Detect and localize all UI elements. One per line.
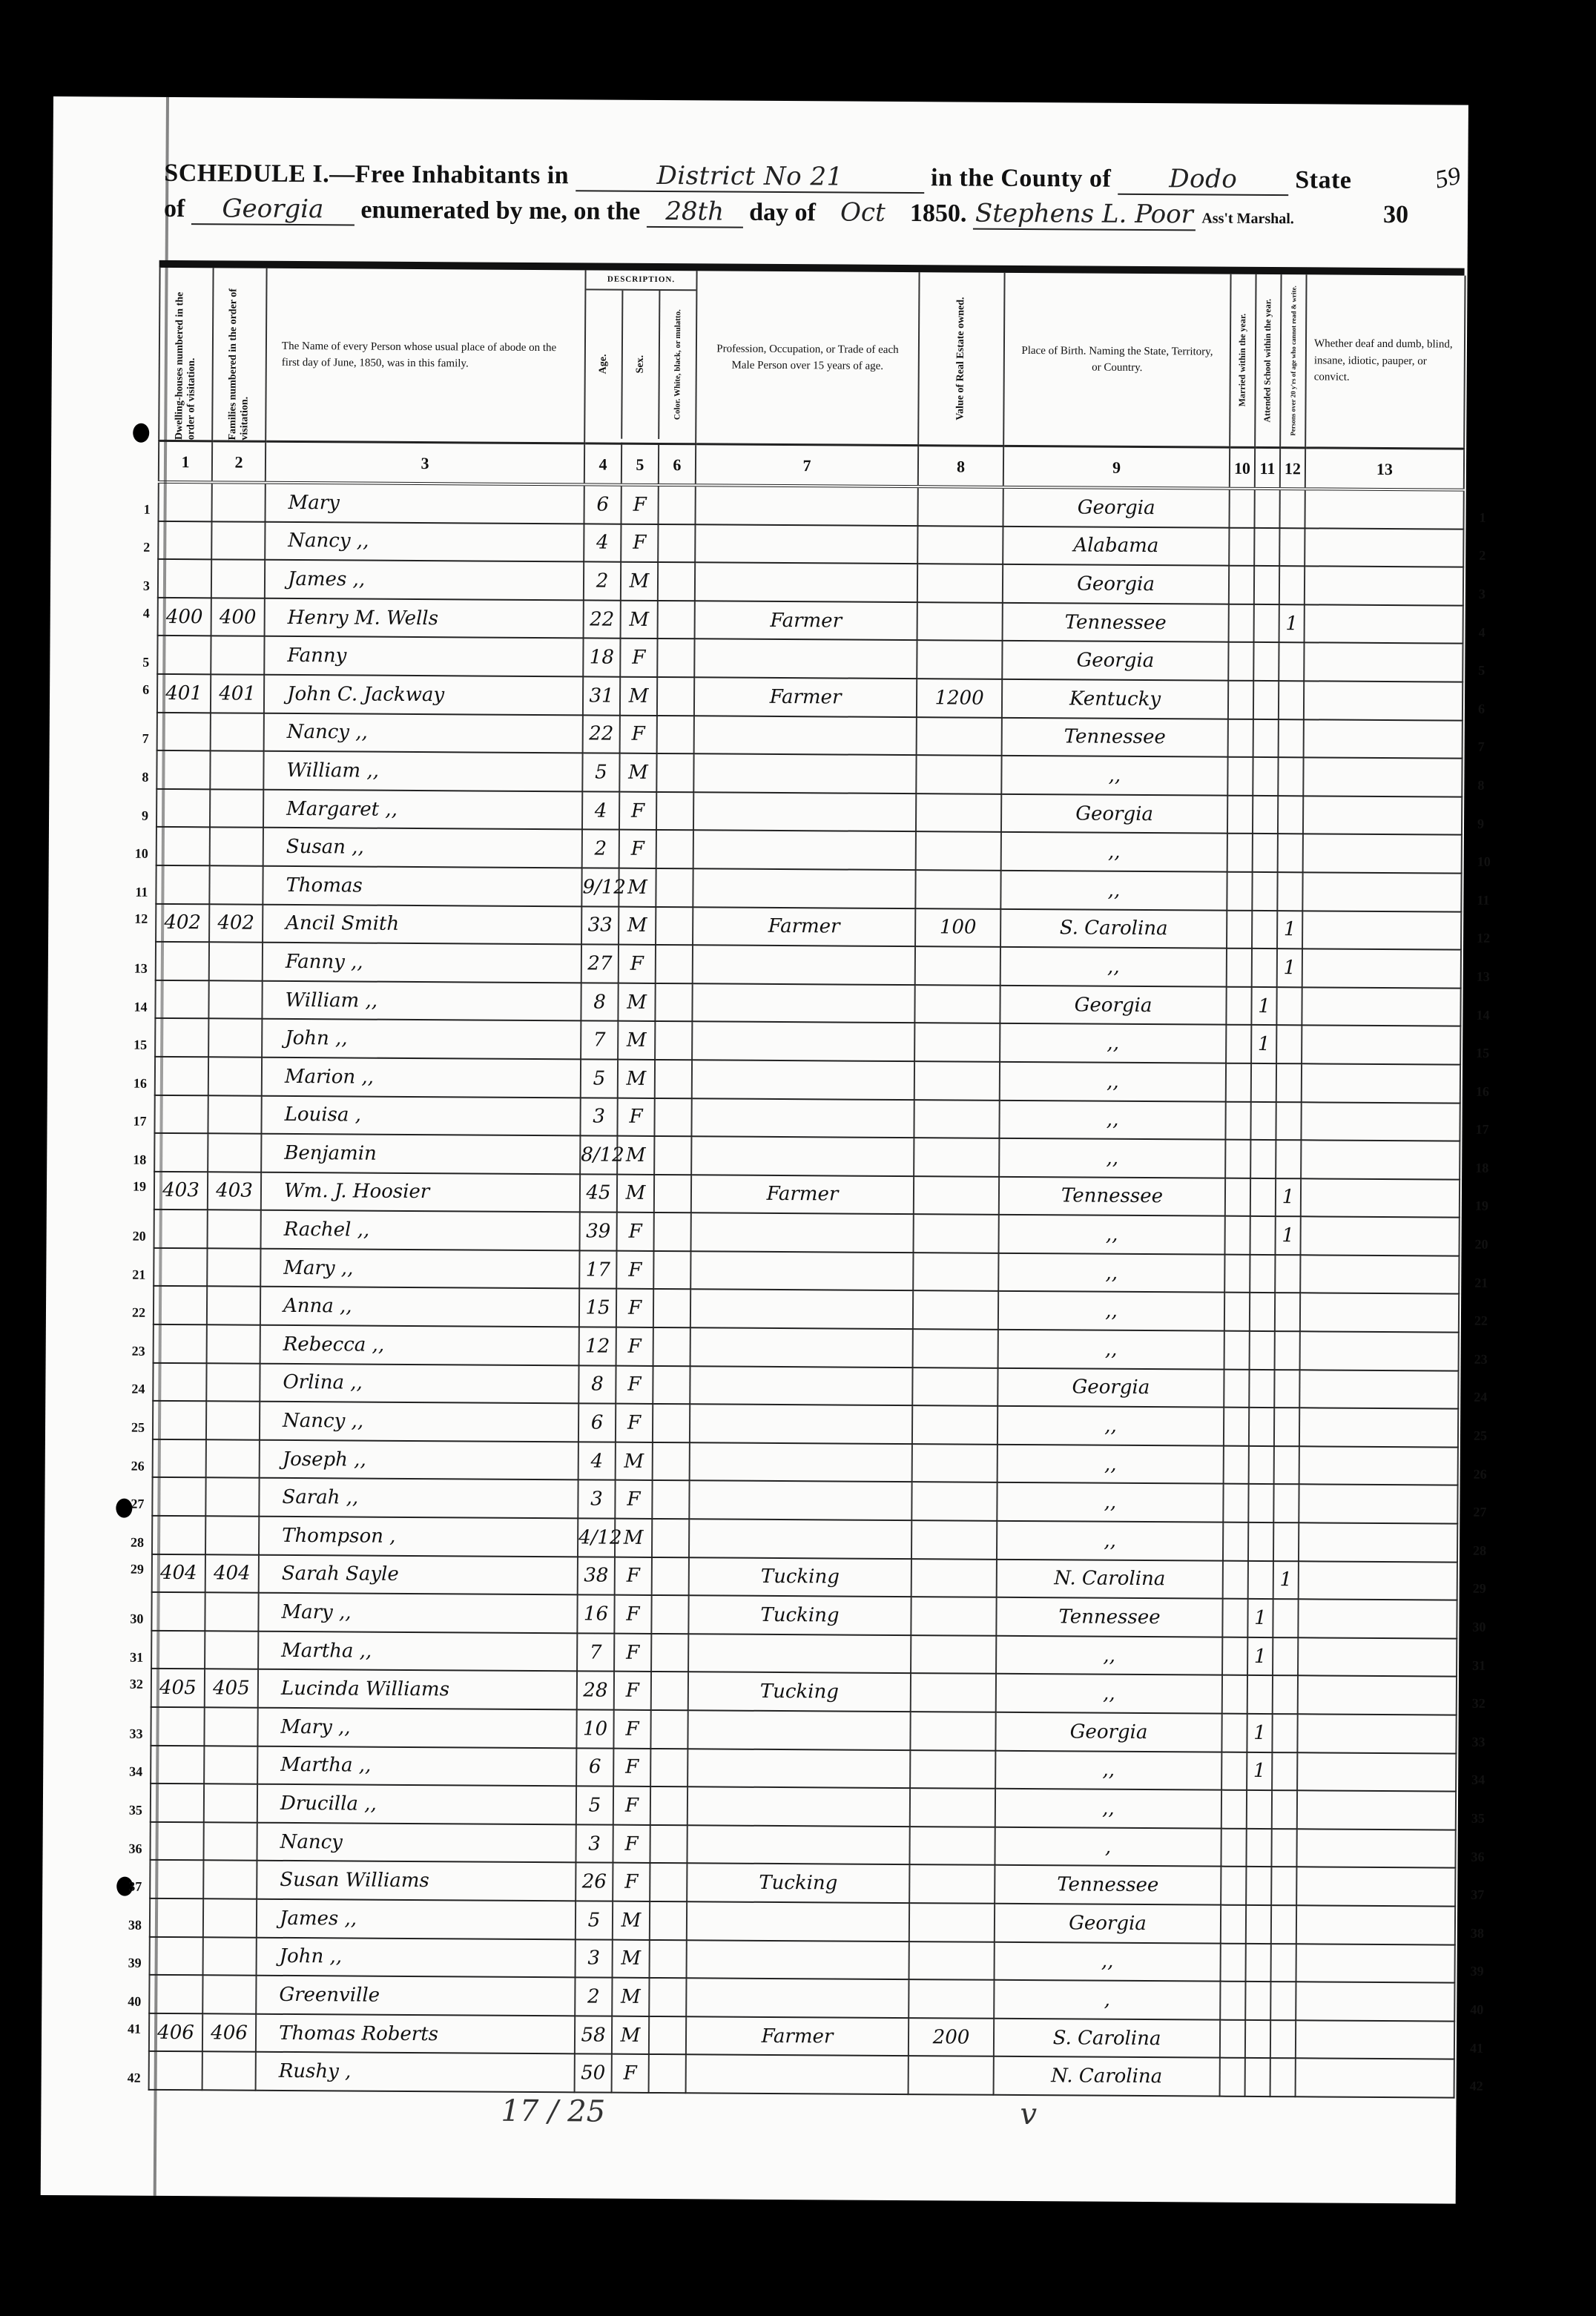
occupation [690, 1327, 913, 1367]
age: 5 [576, 1901, 613, 1939]
age: 27 [581, 944, 619, 983]
married-within-year [1224, 1369, 1249, 1408]
occupation [687, 1940, 909, 1979]
sex: F [613, 1787, 650, 1825]
real-estate-value [917, 602, 1003, 641]
dwelling-number: 35 [151, 1784, 204, 1822]
family-number [203, 1861, 257, 1899]
col-header-illiterate: Persons over 20 y'rs of age who cannot r… [1280, 274, 1306, 448]
line-number-right: 21 [1474, 1275, 1504, 1290]
age: 2 [582, 830, 619, 868]
birthplace: N. Carolina [994, 2056, 1220, 2096]
dwelling-number: 26 [153, 1439, 206, 1478]
person-name: Mary ,, [258, 1593, 577, 1633]
age: 5 [582, 753, 619, 792]
real-estate-value [911, 1559, 997, 1597]
attended-school [1252, 910, 1277, 948]
color [655, 983, 692, 1022]
line-number-left: 16 [117, 1075, 147, 1091]
person-name: Mary ,, [257, 1708, 576, 1748]
married-within-year [1223, 1484, 1248, 1522]
color [658, 485, 695, 524]
real-estate-value [914, 1023, 1000, 1061]
color [651, 1672, 688, 1710]
line-number-right: 41 [1470, 2040, 1500, 2056]
cannot-read-write [1276, 1063, 1302, 1102]
family-number [206, 1402, 260, 1440]
cannot-read-write [1275, 1255, 1300, 1293]
line-number-left: 22 [116, 1305, 145, 1321]
cannot-read-write [1272, 1714, 1297, 1752]
sex: M [619, 906, 656, 945]
married-within-year [1221, 1943, 1246, 1982]
col-header-family: Families numbered in the order of visita… [212, 268, 266, 441]
line-number-right: 31 [1472, 1657, 1502, 1673]
person-name: Greenville [256, 1976, 575, 2016]
family-number [205, 1478, 259, 1517]
dwelling-number: 18 [154, 1133, 208, 1172]
person-name: Susan ,, [263, 828, 582, 868]
real-estate-value [909, 1827, 995, 1865]
dwelling-number: 30 [151, 1592, 205, 1631]
real-estate-value [914, 1138, 999, 1176]
occupation [687, 1787, 910, 1826]
cannot-read-write [1273, 1637, 1298, 1676]
age: 2 [575, 1978, 612, 2016]
col-header-age: Age. [585, 290, 623, 438]
occupation [690, 1290, 913, 1329]
tally-mark-left: 17 / 25 [501, 2094, 605, 2129]
age: 58 [575, 2016, 612, 2054]
sex: F [617, 1098, 654, 1136]
color [653, 1404, 690, 1442]
cannot-read-write [1271, 1867, 1296, 1905]
family-number [207, 1287, 260, 1325]
real-estate-value [911, 1635, 996, 1674]
family-number [208, 1210, 261, 1249]
dwelling-number: 20 [154, 1210, 208, 1248]
attended-school [1253, 681, 1279, 719]
occupation: Tucking [688, 1595, 911, 1634]
dwelling-number: 3 [158, 559, 211, 598]
family-number [209, 865, 263, 904]
line-number-left: 40 [111, 1993, 141, 2009]
line-number-right: 2 [1479, 548, 1508, 564]
cannot-read-write: 1 [1277, 911, 1302, 949]
color [656, 907, 693, 946]
age: 45 [580, 1174, 617, 1213]
cannot-read-write [1279, 566, 1305, 604]
condition: 15 [1302, 1026, 1460, 1065]
birthplace: ,, [995, 1941, 1221, 1981]
birthplace: ,, [997, 1445, 1224, 1484]
married-within-year [1226, 1025, 1251, 1063]
cannot-read-write [1271, 1944, 1296, 1982]
dwelling-number: 5 [157, 636, 211, 674]
age: 26 [576, 1863, 613, 1901]
sex: M [621, 600, 658, 639]
marshal-label: Ass't Marshal. [1201, 210, 1294, 227]
person-name: Nancy ,, [260, 1402, 578, 1442]
family-number: 400 [211, 598, 265, 636]
family-number: 402 [209, 904, 263, 943]
occupation [688, 1634, 911, 1673]
age: 5 [581, 1059, 618, 1098]
cannot-read-write [1270, 1982, 1296, 2020]
cannot-read-write [1278, 834, 1303, 872]
cannot-read-write [1274, 1408, 1299, 1446]
family-number [205, 1593, 258, 1632]
color [651, 1634, 688, 1672]
color [651, 1595, 688, 1634]
line-number-left: 17 [116, 1114, 146, 1129]
color [652, 1519, 689, 1557]
color [650, 1825, 687, 1864]
line-number-right: 22 [1474, 1313, 1504, 1329]
col-header-name: The Name of every Person whose usual pla… [266, 268, 585, 443]
condition: 28 [1299, 1522, 1457, 1562]
dwelling-number: 12402 [156, 903, 209, 942]
occupation [687, 1710, 910, 1749]
dwelling-number: 21 [154, 1248, 207, 1287]
family-number [205, 1631, 258, 1669]
sex: M [619, 753, 656, 792]
condition: 11 [1302, 872, 1461, 911]
color [658, 601, 695, 639]
dwelling-number: 8 [156, 750, 210, 789]
person-name: Lucinda Williams [258, 1669, 577, 1709]
age: 31 [583, 676, 620, 715]
dwelling-number: 33 [151, 1707, 204, 1746]
married-within-year [1229, 489, 1254, 528]
attended-school: 1 [1251, 1025, 1276, 1063]
condition: 5 [1304, 643, 1463, 682]
person-name: Drucilla ,, [257, 1784, 576, 1824]
condition: 24 [1299, 1370, 1458, 1409]
attended-school: 1 [1251, 987, 1276, 1026]
real-estate-value [916, 755, 1001, 794]
condition: 29 [1299, 1561, 1457, 1600]
occupation: Tucking [689, 1557, 911, 1597]
col-header-married: Married within the year. [1230, 274, 1256, 448]
line-number-left: 2 [120, 540, 150, 555]
attended-school [1249, 1446, 1274, 1485]
married-within-year [1224, 1331, 1250, 1370]
birthplace: Tennessee [999, 1177, 1225, 1216]
col-header-sex: Sex. [622, 290, 660, 438]
married-within-year [1229, 566, 1254, 604]
line-number-left: 11 [118, 884, 148, 900]
line-number-right: 5 [1478, 663, 1508, 679]
color [655, 1060, 692, 1098]
attended-school [1248, 1522, 1273, 1561]
schedule-title-line-1: SCHEDULE I.—Free Inhabitants in District… [164, 158, 1351, 197]
line-number-left: 15 [117, 1037, 147, 1053]
family-number [203, 1822, 257, 1861]
birthplace: ,, [1000, 1062, 1226, 1101]
condition: 2 [1305, 528, 1463, 567]
married-within-year [1223, 1560, 1248, 1599]
occupation [693, 753, 916, 793]
cannot-read-write [1271, 1905, 1296, 1944]
person-name: Fanny ,, [263, 943, 581, 983]
family-number [212, 482, 266, 521]
line-number-left: 10 [119, 846, 148, 862]
occupation [686, 1978, 909, 2017]
occupation [690, 1405, 912, 1444]
occupation [686, 2055, 909, 2094]
stamped-number: 59 [1433, 162, 1463, 194]
sex: F [620, 639, 657, 677]
real-estate-value [909, 2056, 994, 2094]
married-within-year [1220, 2019, 1245, 2058]
real-estate-value [913, 1253, 998, 1291]
birthplace: ,, [1000, 1023, 1226, 1063]
condition: 17 [1301, 1102, 1460, 1141]
married-within-year [1225, 1216, 1250, 1255]
real-estate-value [915, 870, 1000, 908]
real-estate-value [918, 486, 1003, 526]
real-estate-value [912, 1368, 997, 1406]
occupation [691, 1098, 914, 1138]
age: 2 [584, 562, 621, 601]
attended-school [1253, 757, 1278, 796]
line-number-right: 34 [1471, 1772, 1501, 1788]
real-estate-value [914, 985, 1000, 1023]
married-within-year [1225, 1140, 1250, 1178]
attended-school [1248, 1561, 1273, 1600]
birthplace: , [994, 1980, 1220, 2019]
condition: 32 [1298, 1676, 1457, 1715]
col-header-condition: Whether deaf and dumb, blind, insane, id… [1305, 274, 1465, 449]
age: 6 [578, 1404, 616, 1442]
birthplace: Georgia [1003, 487, 1230, 527]
cannot-read-write [1272, 1790, 1297, 1829]
real-estate-value [914, 1214, 999, 1253]
occupation [693, 831, 916, 870]
condition: 40 [1296, 1982, 1454, 2021]
color [649, 2054, 686, 2093]
state-label: State [1295, 166, 1351, 194]
cannot-read-write [1275, 1331, 1300, 1370]
condition: 36 [1296, 1829, 1455, 1868]
attended-school [1247, 1790, 1272, 1829]
birthplace: Georgia [1000, 986, 1226, 1025]
family-number [211, 521, 265, 560]
color [656, 753, 693, 792]
real-estate-value [911, 1597, 996, 1635]
condition: 20 [1301, 1217, 1460, 1256]
line-number-right: 42 [1470, 2079, 1500, 2094]
color [650, 1749, 687, 1787]
family-number [209, 942, 263, 980]
age: 38 [578, 1557, 615, 1595]
cannot-read-write [1274, 1446, 1299, 1485]
occupation: Tucking [688, 1672, 911, 1712]
color [650, 1710, 687, 1749]
birthplace: ,, [999, 1215, 1225, 1254]
family-number [202, 2052, 256, 2091]
color [650, 1863, 687, 1901]
sex: F [615, 1557, 652, 1595]
line-number-left: 14 [117, 999, 147, 1015]
line-number-left: 18 [116, 1152, 146, 1167]
line-number-right: 4 [1479, 624, 1508, 640]
color [650, 1901, 687, 1940]
line-number-left: 29 [114, 1562, 144, 1577]
family-number [204, 1746, 257, 1784]
attended-school [1246, 1829, 1271, 1867]
age: 8 [581, 983, 618, 1021]
age: 3 [578, 1480, 615, 1519]
color [652, 1557, 689, 1596]
sex: M [617, 1174, 654, 1213]
person-name: Susan Williams [257, 1861, 576, 1901]
married-within-year [1222, 1675, 1247, 1714]
birthplace: S. Carolina [1000, 908, 1227, 948]
real-estate-value [913, 1329, 998, 1368]
dwelling-number: 24 [153, 1363, 206, 1402]
dwelling-number: 11 [156, 865, 209, 904]
color [656, 830, 693, 868]
line-number-left: 21 [116, 1267, 145, 1282]
dwelling-number: 41406 [149, 2013, 202, 2052]
dwelling-number: 6401 [157, 674, 211, 713]
schedule-title-line-2: of Georgia enumerated by me, on the 28th… [164, 194, 1294, 231]
line-number-right: 30 [1472, 1620, 1502, 1635]
dwelling-number: 39 [150, 1936, 203, 1975]
dwelling-number: 15 [155, 1018, 208, 1057]
occupation: Farmer [686, 2016, 909, 2056]
birthplace: Georgia [997, 1368, 1224, 1407]
condition: 22 [1300, 1293, 1459, 1333]
occupation [687, 1825, 909, 1864]
person-name: Mary ,, [260, 1249, 579, 1289]
married-within-year [1222, 1637, 1247, 1675]
family-number [208, 1095, 261, 1134]
age: 33 [581, 906, 619, 945]
attended-school [1247, 1675, 1273, 1714]
sex: F [614, 1633, 651, 1672]
attended-school [1245, 2058, 1270, 2096]
dwelling-number: 29404 [152, 1554, 205, 1592]
census-page: SCHEDULE I.—Free Inhabitants in District… [41, 96, 1468, 2204]
real-estate-value: 200 [909, 2018, 994, 2056]
line-number-right: 23 [1474, 1352, 1504, 1368]
district-field: District No 21 [576, 160, 924, 194]
cannot-read-write [1275, 1293, 1300, 1332]
attended-school [1254, 489, 1279, 528]
occupation [694, 639, 917, 679]
married-within-year [1224, 1408, 1249, 1446]
person-name: John ,, [262, 1019, 581, 1059]
col-header-school: Attended School within the year. [1255, 274, 1281, 448]
family-number [207, 1324, 260, 1363]
occupation [690, 1366, 912, 1405]
birthplace: ,, [999, 1100, 1225, 1139]
condition: 4 [1305, 604, 1463, 644]
cannot-read-write: 1 [1273, 1561, 1299, 1600]
condition: 31 [1298, 1637, 1457, 1677]
line-number-left: 37 [112, 1879, 142, 1895]
family-number [208, 1057, 262, 1095]
enumerated-label: enumerated by me, on the [360, 197, 640, 225]
person-name: John ,, [257, 1937, 576, 1977]
col-header-real-estate: Value of Real Estate owned. [918, 272, 1004, 446]
married-within-year [1225, 1101, 1250, 1140]
occupation [692, 983, 914, 1023]
attended-school: 1 [1247, 1599, 1273, 1637]
real-estate-value [910, 1712, 995, 1750]
birthplace: Tennessee [1003, 603, 1229, 642]
dwelling-number: 10 [156, 827, 210, 865]
person-name: Joseph ,, [260, 1440, 578, 1480]
sex: F [613, 1824, 650, 1863]
birthplace: ,, [997, 1482, 1223, 1522]
sex: F [614, 1595, 651, 1634]
color [650, 1787, 687, 1825]
person-name: James ,, [257, 1899, 576, 1939]
sex: F [621, 524, 658, 562]
attended-school [1253, 719, 1279, 757]
dwelling-number: 2 [158, 521, 211, 559]
real-estate-value [916, 794, 1001, 832]
family-number: 401 [211, 674, 264, 713]
attended-school: 1 [1247, 1752, 1272, 1790]
married-within-year [1226, 1063, 1251, 1102]
condition: 25 [1299, 1408, 1458, 1448]
cannot-read-write [1276, 1025, 1302, 1063]
sex: M [613, 1939, 650, 1978]
occupation [687, 1749, 910, 1788]
family-number [211, 713, 264, 751]
age: 8/12 [580, 1135, 617, 1174]
cannot-read-write [1273, 1485, 1299, 1523]
line-number-right: 6 [1478, 702, 1508, 717]
person-name: John C. Jackway [264, 675, 583, 715]
occupation [693, 945, 915, 984]
age: 39 [580, 1213, 617, 1251]
real-estate-value [912, 1405, 997, 1444]
line-number-right: 25 [1474, 1428, 1503, 1444]
person-name: Margaret ,, [263, 789, 582, 829]
married-within-year [1229, 527, 1254, 566]
married-within-year [1221, 1867, 1246, 1905]
age: 3 [580, 1098, 617, 1136]
birthplace: Tennessee [1002, 717, 1228, 756]
line-number-left: 19 [116, 1179, 146, 1195]
color [653, 1442, 690, 1481]
family-number [207, 1248, 260, 1287]
age: 4/12 [578, 1518, 615, 1557]
condition: 35 [1297, 1790, 1456, 1830]
line-number-left: 33 [113, 1726, 142, 1741]
family-number [208, 980, 262, 1019]
line-number-left: 6 [119, 682, 149, 697]
condition: 18 [1301, 1140, 1460, 1179]
dwelling-number: 40 [149, 1975, 202, 2013]
family-number [206, 1439, 260, 1478]
married-within-year [1221, 1790, 1247, 1829]
attended-school [1246, 1905, 1271, 1944]
age: 9/12 [581, 868, 619, 906]
line-number-right: 12 [1477, 931, 1506, 946]
attended-school [1252, 948, 1277, 987]
line-number-right: 33 [1471, 1735, 1501, 1750]
birthplace: ,, [1001, 832, 1227, 871]
family-number [208, 1019, 262, 1058]
condition: 13 [1302, 948, 1461, 988]
